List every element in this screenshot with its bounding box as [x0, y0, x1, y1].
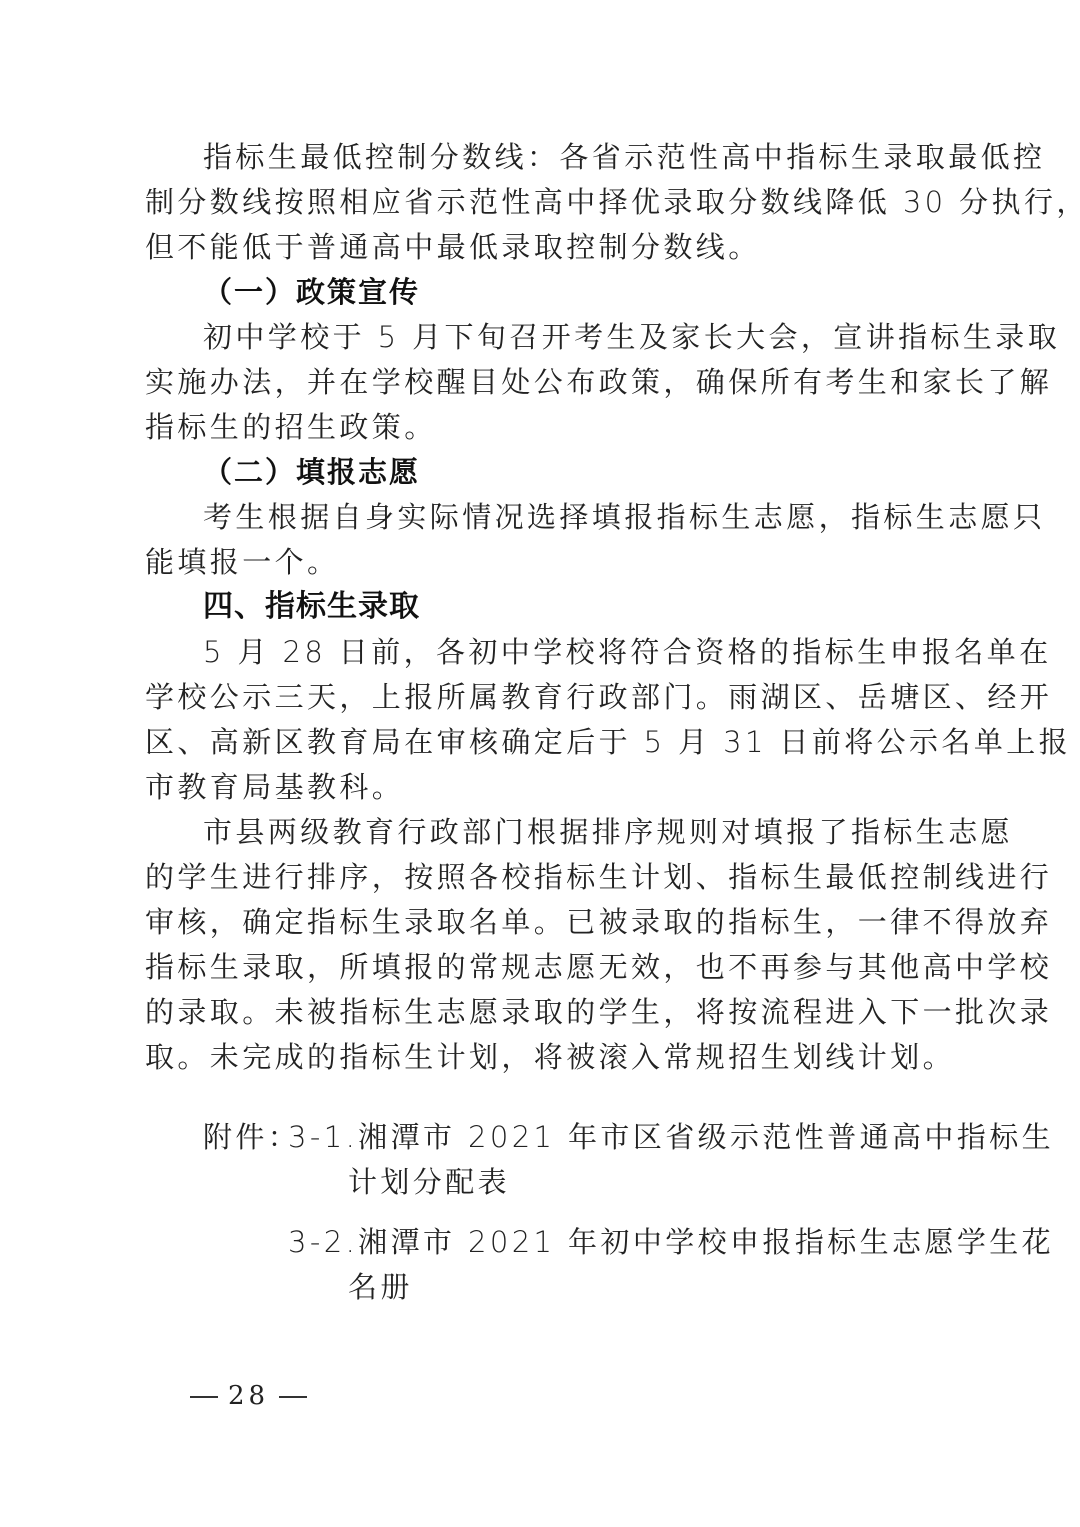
paragraph-line: 的录取。未被指标生志愿录取的学生，将按流程进入下一批次录: [145, 992, 1052, 1032]
attachment-item-1: 3-1.湘潭市 2021 年市区省级示范性普通高中指标生: [288, 1117, 1054, 1157]
dash-right: [279, 1396, 307, 1398]
paragraph-line: 指标生录取，所填报的常规志愿无效，也不再参与其他高中学校: [145, 947, 1052, 987]
attachment-label: 附件：: [203, 1117, 300, 1157]
paragraph-line: 市县两级教育行政部门根据排序规则对填报了指标生志愿: [203, 812, 1013, 852]
paragraph-line: 学校公示三天，上报所属教育行政部门。雨湖区、岳塘区、经开: [145, 677, 1052, 717]
section-heading-fill-application: （二）填报志愿: [203, 452, 420, 492]
paragraph-line: 5 月 28 日前，各初中学校将符合资格的指标生申报名单在: [203, 632, 1052, 672]
paragraph-line: 市教育局基教科。: [145, 767, 404, 807]
attachment-item-1-continued: 计划分配表: [348, 1162, 510, 1202]
paragraph-line: 审核，确定指标生录取名单。已被录取的指标生，一律不得放弃: [145, 902, 1052, 942]
paragraph-line: 指标生最低控制分数线：各省示范性高中指标生录取最低控: [203, 137, 1045, 177]
section-heading-admission: 四、指标生录取: [203, 587, 420, 627]
page-number-value: 28: [228, 1381, 269, 1411]
paragraph-line: 能填报一个。: [145, 542, 339, 582]
paragraph-line: 初中学校于 5 月下旬召开考生及家长大会，宣讲指标生录取: [203, 317, 1060, 357]
section-heading-policy-publicity: （一）政策宣传: [203, 272, 420, 312]
paragraph-line: 区、高新区教育局在审核确定后于 5 月 31 日前将公示名单上报: [145, 722, 1071, 762]
document-page: 指标生最低控制分数线：各省示范性高中指标生录取最低控 制分数线按照相应省示范性高…: [0, 0, 1080, 1527]
paragraph-line: 的学生进行排序，按照各校指标生计划、指标生最低控制线进行: [145, 857, 1052, 897]
page-number: 28: [180, 1381, 317, 1411]
paragraph-line: 制分数线按照相应省示范性高中择优录取分数线降低 30 分执行，: [145, 182, 1080, 222]
paragraph-line: 取。未完成的指标生计划，将被滚入常规招生划线计划。: [145, 1037, 955, 1077]
paragraph-line: 但不能低于普通高中最低录取控制分数线。: [145, 227, 761, 267]
paragraph-line: 实施办法，并在学校醒目处公布政策，确保所有考生和家长了解: [145, 362, 1052, 402]
paragraph-line: 考生根据自身实际情况选择填报指标生志愿，指标生志愿只: [203, 497, 1045, 537]
paragraph-line: 指标生的招生政策。: [145, 407, 437, 447]
dash-left: [190, 1396, 218, 1398]
attachment-item-2-continued: 名册: [348, 1267, 413, 1307]
attachment-item-2: 3-2.湘潭市 2021 年初中学校申报指标生志愿学生花: [288, 1222, 1054, 1262]
